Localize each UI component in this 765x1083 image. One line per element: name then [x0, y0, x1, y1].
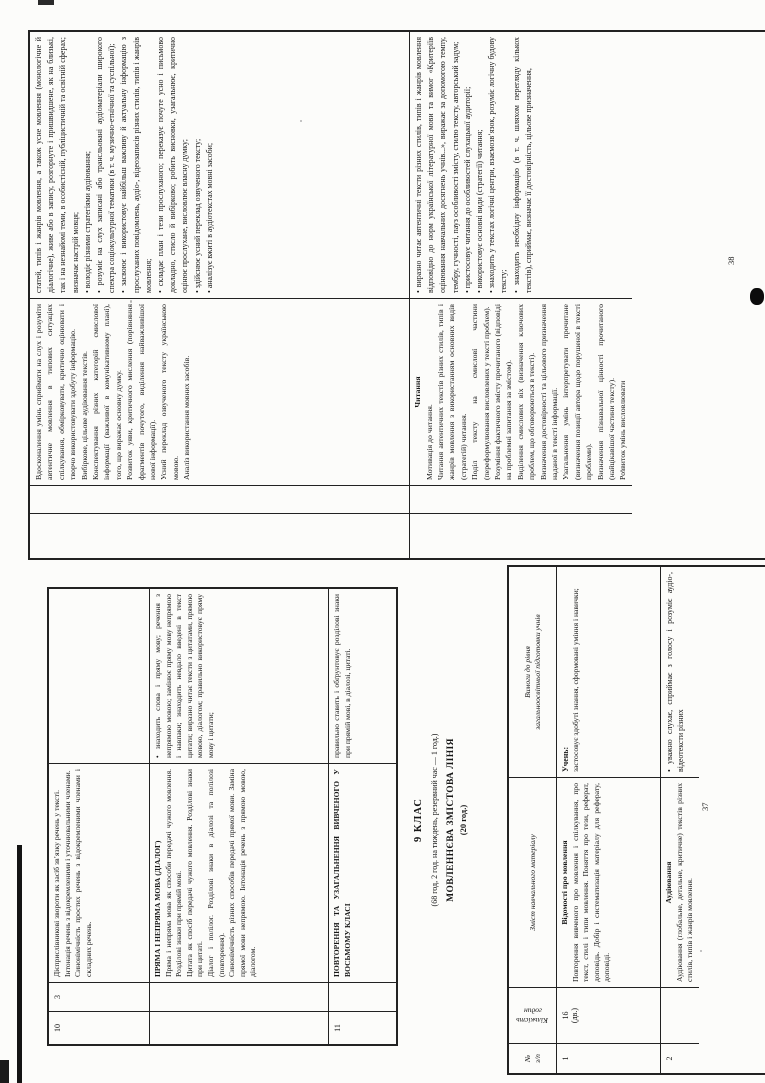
- table-row: 11 ПОВТОРЕННЯ ТА УЗАГАЛЬНЕННЯ ВИВЧЕНОГО …: [329, 589, 396, 1044]
- row-number-cell: 2: [661, 1043, 699, 1073]
- student-label: Учень:: [560, 572, 571, 772]
- row-number-cell: 10: [49, 1011, 149, 1044]
- table-row: 2 Аудіювання Аудіювання (глобальне, дета…: [661, 567, 699, 1073]
- table-row: 10 3 Дієприслівникові звороти як засіб з…: [49, 589, 150, 1044]
- hours-cell: [410, 485, 632, 513]
- topic-heading: ПРЯМА І НЕПРЯМА МОВА (ДІАЛОГ): [153, 769, 164, 977]
- hours-cell: 16 (дв.): [557, 987, 660, 1043]
- rotated-scan-content: 10 3 Дієприслівникові звороти як засіб з…: [0, 0, 765, 1083]
- requirements-cell: статей, типів і жанрів мовлення, а також…: [30, 32, 409, 298]
- scan-speck: [130, 300, 132, 303]
- row-number-cell: [150, 1011, 328, 1044]
- scan-speck: [300, 120, 302, 122]
- topic-text: Мотивація до читання. Читання автентични…: [424, 304, 629, 480]
- page-number-37: 37: [700, 803, 710, 812]
- scanned-document-page: 10 3 Дієприслівникові звороти як засіб з…: [0, 0, 765, 1083]
- hours-cell: [150, 982, 328, 1011]
- requirements-text: застосовує здобуті знання, сформовані ум…: [571, 572, 582, 772]
- table-row-reading: Читання Мотивація до читання. Читання ав…: [410, 32, 632, 558]
- requirements-continuation: статей, типів і жанрів мовлення, а також…: [33, 37, 82, 293]
- grade-hours-subtitle: (68 год, 2 год. на тиждень, резервний ча…: [430, 585, 439, 1055]
- scan-speck: [180, 700, 182, 702]
- grade-title: 9 КЛАС: [413, 585, 424, 1055]
- content-cell: Аудіювання Аудіювання (глобальне, деталь…: [661, 777, 699, 987]
- grade8-table-fragment: 10 3 Дієприслівникові звороти як засіб з…: [47, 587, 398, 1046]
- requirements-cell: [49, 589, 149, 763]
- topic-heading: Аудіювання: [664, 783, 675, 982]
- requirements-bullets: • володіє різними стратегіями аудіювання…: [82, 37, 216, 293]
- topic-text: Аудіювання (глобальне, детальне, критичн…: [675, 783, 696, 982]
- row-number-cell: 1: [557, 1043, 660, 1073]
- table-row-listening: Вдосконалення умінь сприймати на слух і …: [30, 32, 410, 558]
- grade9-table: № з/п Кількість годин Зміст навчального …: [507, 565, 765, 1075]
- content-line-hours: (20 год.): [458, 585, 468, 1055]
- table-row: 1 16 (дв.) Відомості про мовлення Повтор…: [557, 567, 661, 1073]
- content-line-title: МОВЛЕННЄВА ЗМІСТОВА ЛІНІЯ: [446, 585, 456, 1055]
- hours-cell: [329, 982, 396, 1011]
- topic-text: Повторення вивченого про мовлення і спіл…: [571, 783, 613, 982]
- content-cell: ПРЯМА І НЕПРЯМА МОВА (ДІАЛОГ) Пряма і не…: [150, 763, 328, 982]
- grade9-table-continuation: Вдосконалення умінь сприймати на слух і …: [28, 30, 765, 560]
- header-content: Зміст навчального матеріалу: [509, 777, 556, 987]
- hours-cell: [30, 485, 409, 513]
- requirements-cell: Учень: застосовує здобуті знання, сформо…: [557, 567, 660, 777]
- content-cell: Відомості про мовлення Повторення вивчен…: [557, 777, 660, 987]
- page-number-38: 38: [726, 257, 736, 266]
- hours-cell: 3: [49, 982, 149, 1011]
- page-38: Вдосконалення умінь сприймати на слух і …: [0, 0, 765, 565]
- topic-text: Пряма і непряма мова як способи передачі…: [164, 769, 259, 977]
- header-requirements: Вимоги до рівня загальноосвітньої підгот…: [509, 567, 556, 777]
- scan-speck: [620, 470, 623, 472]
- topic-heading: Читання: [413, 304, 424, 480]
- requirements-cell: • знаходить слова і пряму мову; речення …: [150, 589, 328, 763]
- content-cell: Дієприслівникові звороти як засіб зв’язк…: [49, 763, 149, 982]
- requirements-cell: • уважно слухає, сприймає з голосу і роз…: [661, 567, 699, 777]
- section-titles: 9 КЛАС (68 год, 2 год. на тиждень, резер…: [413, 585, 468, 1055]
- row-number-cell: [30, 513, 409, 558]
- table-row: ПРЯМА І НЕПРЯМА МОВА (ДІАЛОГ) Пряма і не…: [150, 589, 329, 1044]
- vertical-header-text: Кількість годин: [512, 1006, 553, 1025]
- scan-speck: [700, 950, 702, 952]
- requirements-cell: правильно ставить і обґрунтовує розділов…: [329, 589, 396, 763]
- hours-cell: [661, 987, 699, 1043]
- row-number-cell: 11: [329, 1011, 396, 1044]
- header-number: № з/п: [509, 1043, 556, 1073]
- content-cell: ПОВТОРЕННЯ ТА УЗАГАЛЬНЕННЯ ВИВЧЕНОГО У В…: [329, 763, 396, 982]
- topic-heading: Відомості про мовлення: [560, 783, 571, 982]
- header-hours: Кількість годин: [509, 987, 556, 1043]
- content-cell: Читання Мотивація до читання. Читання ав…: [410, 298, 632, 485]
- row-number-cell: [410, 513, 632, 558]
- page-37: 10 3 Дієприслівникові звороти як засіб з…: [0, 565, 765, 1083]
- table-header-row: № з/п Кількість годин Зміст навчального …: [509, 567, 557, 1073]
- content-cell: Вдосконалення умінь сприймати на слух і …: [30, 298, 409, 485]
- requirements-cell: • виразно читає автентичні тексти різних…: [410, 32, 632, 298]
